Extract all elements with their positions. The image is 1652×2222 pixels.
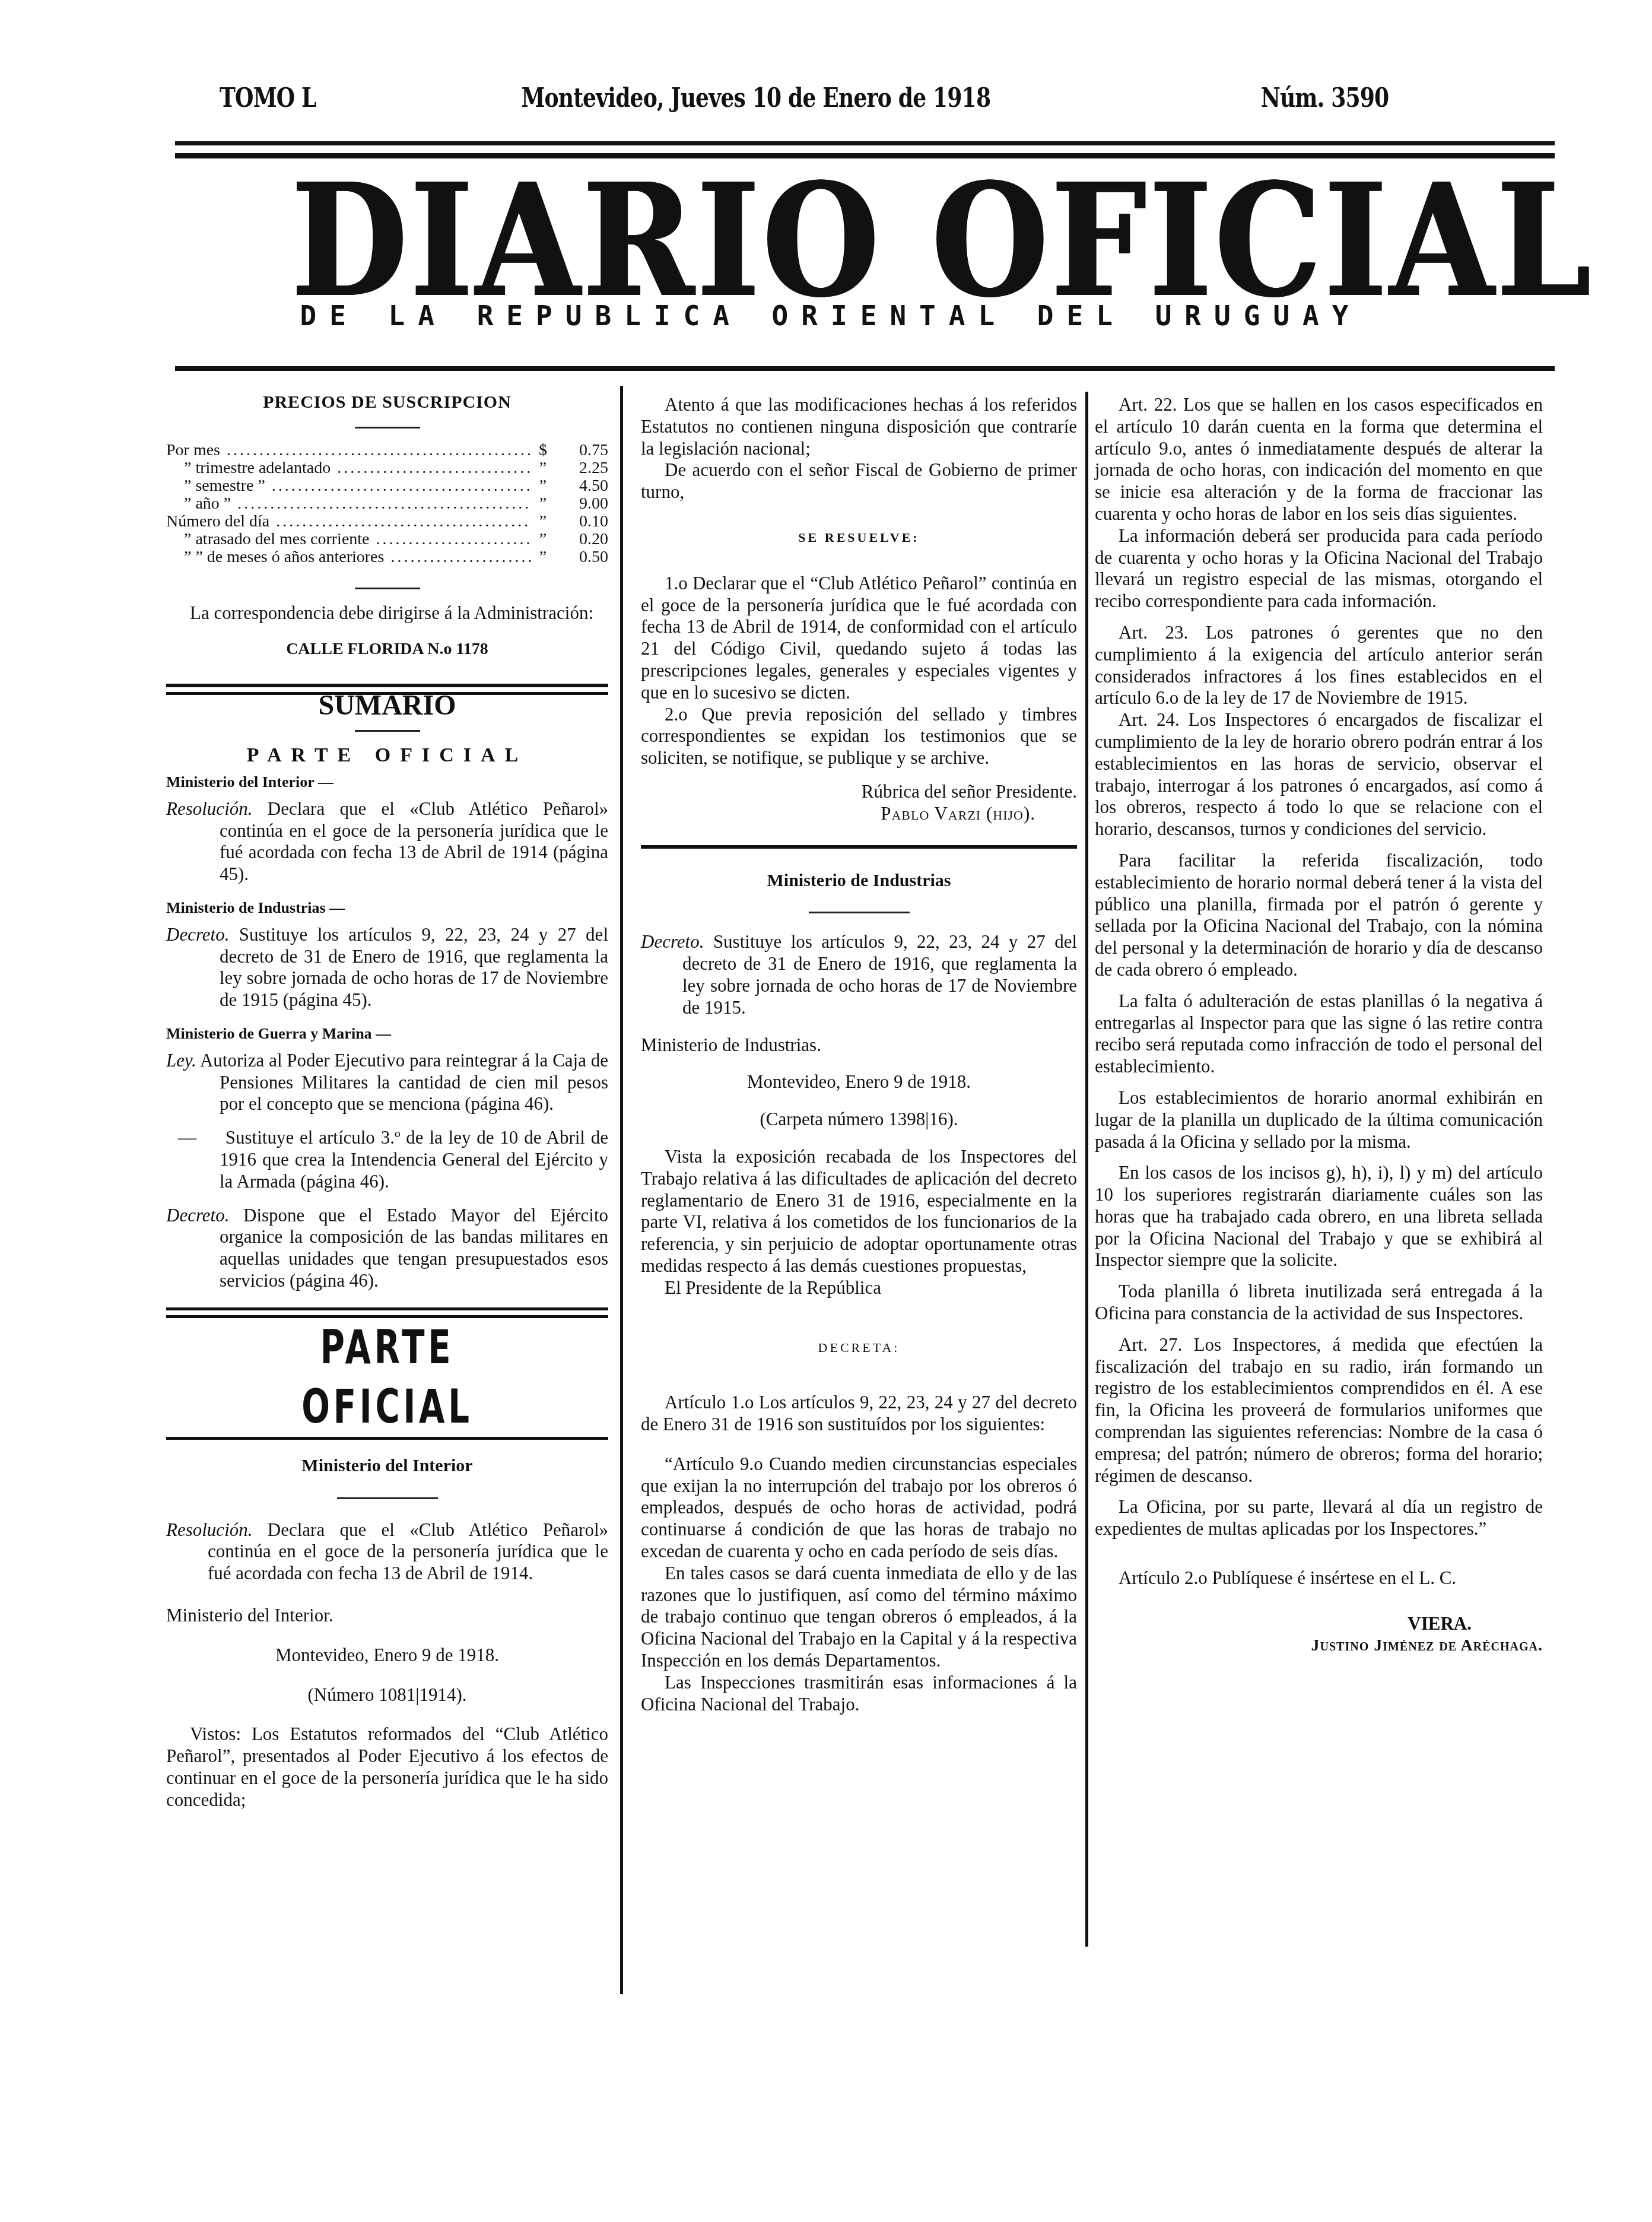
sumario-entry-kind: Ley. bbox=[166, 1050, 196, 1071]
sumario-entry-text: Sustituye los artículos 9, 22, 23, 24 y … bbox=[220, 924, 608, 1010]
column-3: Art. 22. Los que se hallen en los casos … bbox=[1095, 380, 1543, 1656]
sumario-entry-text: Declara que el «Club Atlético Peñarol» c… bbox=[220, 798, 608, 884]
sumario-entry: — Sustituye el artículo 3.º de la ley de… bbox=[166, 1127, 608, 1192]
price-label: Número del día bbox=[166, 513, 531, 531]
price-currency: ” bbox=[531, 548, 555, 566]
interior-paragraph: Atento á que las modificaciones hechas á… bbox=[641, 394, 1077, 459]
price-value: 4.50 bbox=[555, 477, 608, 495]
sumario-entry: Decreto. Dispone que el Estado Mayor del… bbox=[166, 1205, 608, 1292]
interior-paragraph: De acuerdo con el señor Fiscal de Gobier… bbox=[641, 459, 1077, 503]
article-paragraph: La información deberá ser producida para… bbox=[1095, 525, 1543, 612]
interior-date: Montevideo, Enero 9 de 1918. bbox=[166, 1645, 608, 1666]
price-row: ” año ””9.00 bbox=[166, 495, 608, 513]
price-row: ” ” de meses ó años anteriores”0.50 bbox=[166, 548, 608, 566]
price-label: Por mes bbox=[166, 442, 531, 459]
article-paragraph: “Artículo 9.o Cuando medien circunstanci… bbox=[641, 1453, 1077, 1563]
price-value: 0.10 bbox=[555, 513, 608, 531]
sumario-entry: Decreto. Sustituye los artículos 9, 22, … bbox=[166, 924, 608, 1011]
industrias-summary: Decreto. Sustituye los artículos 9, 22, … bbox=[641, 931, 1077, 1018]
interior-origin: Ministerio del Interior. bbox=[166, 1605, 608, 1627]
industrias-origin: Ministerio de Industrias. bbox=[641, 1034, 1077, 1056]
article-text-col2: “Artículo 9.o Cuando medien circunstanci… bbox=[641, 1453, 1077, 1716]
rule bbox=[166, 1437, 608, 1440]
price-row: ” trimestre adelantado”2.25 bbox=[166, 459, 608, 477]
article-paragraph: Los establecimientos de horario anormal … bbox=[1095, 1087, 1543, 1153]
price-value: 0.20 bbox=[555, 531, 608, 548]
price-list: Por mes$0.75” trimestre adelantado”2.25”… bbox=[166, 442, 608, 566]
price-currency: ” bbox=[531, 513, 555, 531]
price-value: 0.50 bbox=[555, 548, 608, 566]
price-currency: $ bbox=[531, 442, 555, 459]
industrias-date: Montevideo, Enero 9 de 1918. bbox=[641, 1071, 1077, 1093]
price-currency: ” bbox=[531, 495, 555, 513]
resolve-label: SE RESUELVE: bbox=[641, 527, 1077, 549]
sumario-title: SUMARIO bbox=[166, 695, 608, 717]
article-1: Artículo 1.o Los artículos 9, 22, 23, 24… bbox=[641, 1392, 1077, 1436]
sumario-entry-text: Sustituye el artículo 3.º de la ley de 1… bbox=[220, 1127, 608, 1192]
industrias-preamble: Vista la exposición recabada de los Insp… bbox=[641, 1146, 1077, 1277]
masthead-rule-top bbox=[175, 141, 1555, 145]
signature-secondary: Justino Jiménez de Aréchaga. bbox=[1095, 1635, 1543, 1657]
masthead-line: TOMO L Montevideo, Jueves 10 de Enero de… bbox=[220, 83, 1354, 119]
article-paragraph: Las Inspecciones trasmitirán esas inform… bbox=[641, 1672, 1077, 1716]
price-label: ” semestre ” bbox=[166, 477, 531, 495]
price-currency: ” bbox=[531, 477, 555, 495]
sumario-entry: Ley. Autoriza al Poder Ejecutivo para re… bbox=[166, 1050, 608, 1115]
article-paragraph: En los casos de los incisos g), h), i), … bbox=[1095, 1162, 1543, 1271]
subscription-box: PRECIOS DE SUSCRIPCION Por mes$0.75” tri… bbox=[166, 392, 608, 660]
interior-paragraph: Vistos: Los Estatutos reformados del “Cl… bbox=[166, 1723, 608, 1811]
article-paragraph: La Oficina, por su parte, llevará al día… bbox=[1095, 1496, 1543, 1540]
sumario-ministry: Ministerio de Guerra y Marina — bbox=[166, 1023, 608, 1045]
resolution-item: 1.o Declarar que el “Club Atlético Peñar… bbox=[641, 573, 1077, 704]
interior-summary: Resolución. Declara que el «Club Atlétic… bbox=[166, 1519, 608, 1585]
signature-primary: VIERA. bbox=[1095, 1613, 1543, 1635]
ministry-heading-interior: Ministerio del Interior bbox=[166, 1455, 608, 1477]
article-paragraph: Art. 27. Los Inspectores, á medida que e… bbox=[1095, 1334, 1543, 1487]
correspondence-note: La correspondencia debe dirigirse á la A… bbox=[166, 602, 608, 624]
volume-label: TOMO L bbox=[220, 83, 316, 113]
article-paragraph: Art. 24. Los Inspectores ó encargados de… bbox=[1095, 709, 1543, 840]
rule bbox=[166, 684, 608, 687]
price-value: 0.75 bbox=[555, 442, 608, 459]
column-divider-1 bbox=[620, 386, 623, 1994]
price-value: 9.00 bbox=[555, 495, 608, 513]
short-rule bbox=[809, 912, 910, 913]
decree-label: DECRETA: bbox=[641, 1337, 1077, 1359]
newspaper-subtitle: DE LA REPUBLICA ORIENTAL DEL URUGUAY bbox=[178, 300, 1483, 332]
price-currency: ” bbox=[531, 531, 555, 548]
article-paragraph: Para facilitar la referida fiscalización… bbox=[1095, 850, 1543, 981]
price-value: 2.25 bbox=[555, 459, 608, 477]
column-2: Atento á que las modificaciones hechas á… bbox=[641, 380, 1077, 1715]
signatory: Pablo Varzi (hijo). bbox=[641, 803, 1077, 825]
issue-number: Núm. 3590 bbox=[1261, 83, 1389, 113]
sumario-groups: Ministerio del Interior —Resolución. Dec… bbox=[166, 772, 608, 1292]
price-label: ” año ” bbox=[166, 495, 531, 513]
industrias-file-number: (Carpeta número 1398|16). bbox=[641, 1109, 1077, 1131]
subscription-heading: PRECIOS DE SUSCRIPCION bbox=[166, 392, 608, 414]
article-text-col3: Art. 22. Los que se hallen en los casos … bbox=[1095, 394, 1543, 1589]
section-rule bbox=[641, 845, 1077, 849]
header-divider bbox=[175, 366, 1555, 371]
sumario: SUMARIO PARTE OFICIAL Ministerio del Int… bbox=[166, 695, 608, 1291]
rule bbox=[166, 1307, 608, 1310]
parte-oficial-banner: PARTE OFICIAL bbox=[228, 1318, 546, 1437]
article-paragraph: Artículo 2.o Publíquese é insértese en e… bbox=[1095, 1567, 1543, 1589]
ministry-heading-industrias: Ministerio de Industrias bbox=[641, 870, 1077, 892]
price-currency: ” bbox=[531, 459, 555, 477]
price-row: ” atrasado del mes corriente”0.20 bbox=[166, 531, 608, 548]
short-rule bbox=[355, 730, 420, 732]
article-paragraph: Toda planilla ó libreta inutilizada será… bbox=[1095, 1281, 1543, 1325]
sumario-entry-kind: Decreto. bbox=[166, 1205, 229, 1226]
column-1: PRECIOS DE SUSCRIPCION Por mes$0.75” tri… bbox=[166, 380, 608, 1811]
dateline: Montevideo, Jueves 10 de Enero de 1918 bbox=[521, 83, 990, 113]
admin-address: CALLE FLORIDA N.o 1178 bbox=[166, 639, 608, 661]
newspaper-title: DIARIO OFICIAL bbox=[291, 172, 1394, 309]
article-paragraph: En tales casos se dará cuenta inmediata … bbox=[641, 1563, 1077, 1672]
sumario-entry-text: Dispone que el Estado Mayor del Ejército… bbox=[220, 1205, 608, 1291]
rubric-line: Rúbrica del señor Presidente. bbox=[641, 781, 1077, 803]
sumario-ministry: Ministerio de Industrias — bbox=[166, 897, 608, 919]
industrias-issuer: El Presidente de la República bbox=[641, 1277, 1077, 1299]
short-rule bbox=[355, 427, 420, 428]
sumario-entry-kind: Resolución. bbox=[166, 798, 253, 819]
price-label: ” ” de meses ó años anteriores bbox=[166, 548, 531, 566]
sumario-section: PARTE OFICIAL bbox=[166, 745, 608, 767]
resolution-item: 2.o Que previa reposición del sellado y … bbox=[641, 704, 1077, 769]
interior-file-number: (Número 1081|1914). bbox=[166, 1684, 608, 1706]
article-paragraph: Art. 22. Los que se hallen en los casos … bbox=[1095, 394, 1543, 525]
price-row: ” semestre ””4.50 bbox=[166, 477, 608, 495]
sumario-ministry: Ministerio del Interior — bbox=[166, 772, 608, 793]
sumario-entry-kind: — bbox=[166, 1127, 220, 1149]
price-label: ” trimestre adelantado bbox=[166, 459, 531, 477]
price-row: Por mes$0.75 bbox=[166, 442, 608, 459]
sumario-entry-text: Autoriza al Poder Ejecutivo para reinteg… bbox=[196, 1050, 608, 1115]
price-label: ” atrasado del mes corriente bbox=[166, 531, 531, 548]
sumario-entry-kind: Decreto. bbox=[166, 924, 229, 945]
short-rule bbox=[355, 588, 420, 589]
short-rule bbox=[337, 1497, 438, 1499]
price-row: Número del día”0.10 bbox=[166, 513, 608, 531]
column-divider-2 bbox=[1085, 392, 1088, 1947]
article-paragraph: La falta ó adulteración de estas planill… bbox=[1095, 991, 1543, 1078]
sumario-entry: Resolución. Declara que el «Club Atlétic… bbox=[166, 798, 608, 885]
article-paragraph: Art. 23. Los patrones ó gerentes que no … bbox=[1095, 622, 1543, 709]
